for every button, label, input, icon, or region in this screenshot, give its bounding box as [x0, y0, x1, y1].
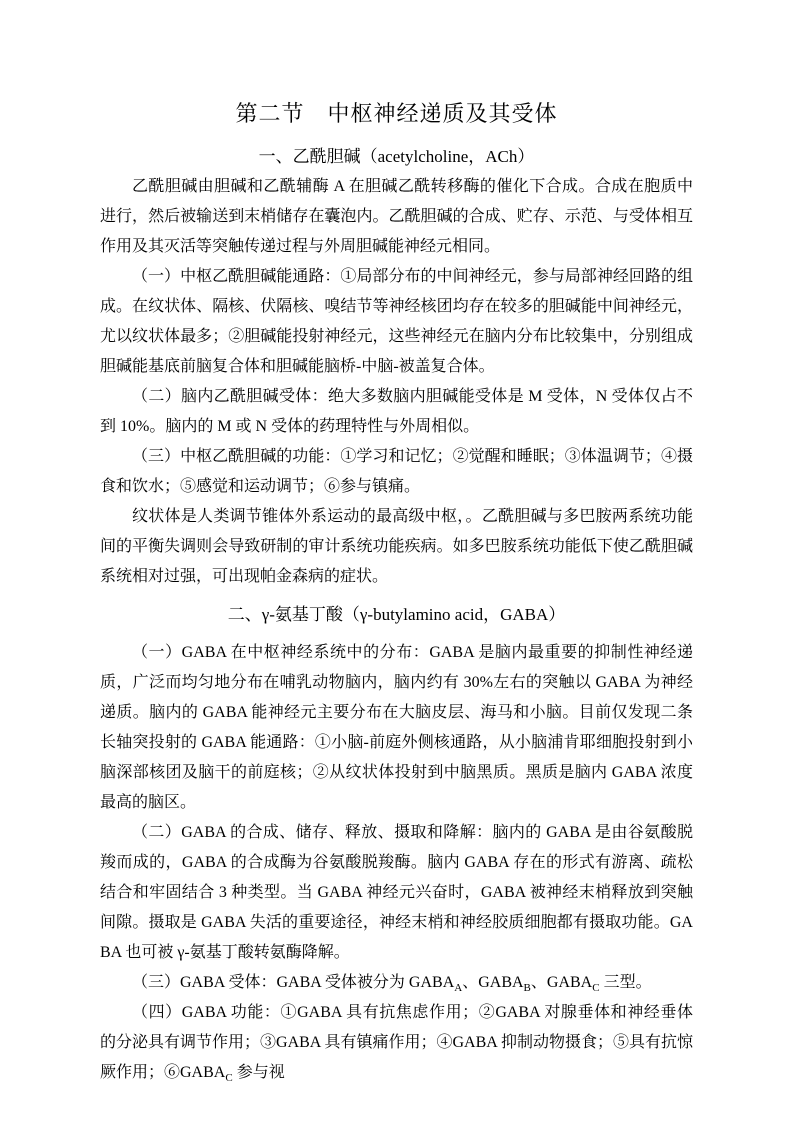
- gaba-receptor-text: 三型。: [600, 974, 652, 991]
- paragraph-gaba-receptor-types: （三）GABA 受体：GABA 受体被分为 GABAA、GABAB、GABAC …: [100, 968, 693, 998]
- gaba-receptor-text: 、GABA: [462, 974, 523, 991]
- gaba-functions-text: （四）GABA 功能：①GABA 具有抗焦虑作用；②GABA 对腺垂体和神经垂体…: [100, 1004, 693, 1081]
- page-title: 第二节 中枢神经递质及其受体: [100, 96, 693, 132]
- paragraph-ach-receptors: （二）脑内乙酰胆碱受体：绝大多数脑内胆碱能受体是 M 受体，N 受体仅占不到 1…: [100, 382, 693, 442]
- paragraph-ach-synthesis: 乙酰胆碱由胆碱和乙酰辅酶 A 在胆碱乙酰转移酶的催化下合成。合成在胞质中进行，然…: [100, 172, 693, 262]
- gaba-receptor-text: 、GABA: [531, 974, 592, 991]
- gaba-functions-text: 参与视: [233, 1064, 285, 1081]
- paragraph-striatum-dopamine-balance: 纹状体是人类调节锥体外系运动的最高级中枢，。乙酰胆碱与多巴胺两系统功能间的平衡失…: [100, 502, 693, 592]
- section-heading-acetylcholine: 一、乙酰胆碱（acetylcholine，ACh）: [100, 142, 693, 172]
- document-page: 第二节 中枢神经递质及其受体 一、乙酰胆碱（acetylcholine，ACh）…: [0, 0, 793, 1122]
- section-heading-gaba: 二、γ-氨基丁酸（γ-butylamino acid，GABA）: [100, 600, 693, 630]
- paragraph-ach-functions: （三）中枢乙酰胆碱的功能：①学习和记忆；②觉醒和睡眠；③体温调节；④摄食和饮水；…: [100, 442, 693, 502]
- paragraph-gaba-functions: （四）GABA 功能：①GABA 具有抗焦虑作用；②GABA 对腺垂体和神经垂体…: [100, 998, 693, 1088]
- gaba-subscript-b: B: [524, 982, 531, 994]
- gaba-subscript-a: A: [454, 982, 462, 994]
- paragraph-gaba-synthesis-metabolism: （二）GABA 的合成、储存、释放、摄取和降解：脑内的 GABA 是由谷氨酸脱羧…: [100, 818, 693, 968]
- gaba-receptor-text: （三）GABA 受体：GABA 受体被分为 GABA: [132, 974, 454, 991]
- paragraph-gaba-distribution: （一）GABA 在中枢神经系统中的分布：GABA 是脑内最重要的抑制性神经递质，…: [100, 638, 693, 818]
- gaba-subscript-c: C: [225, 1072, 232, 1084]
- gaba-subscript-c: C: [592, 982, 599, 994]
- paragraph-ach-pathways: （一）中枢乙酰胆碱能通路：①局部分布的中间神经元，参与局部神经回路的组成。在纹状…: [100, 262, 693, 382]
